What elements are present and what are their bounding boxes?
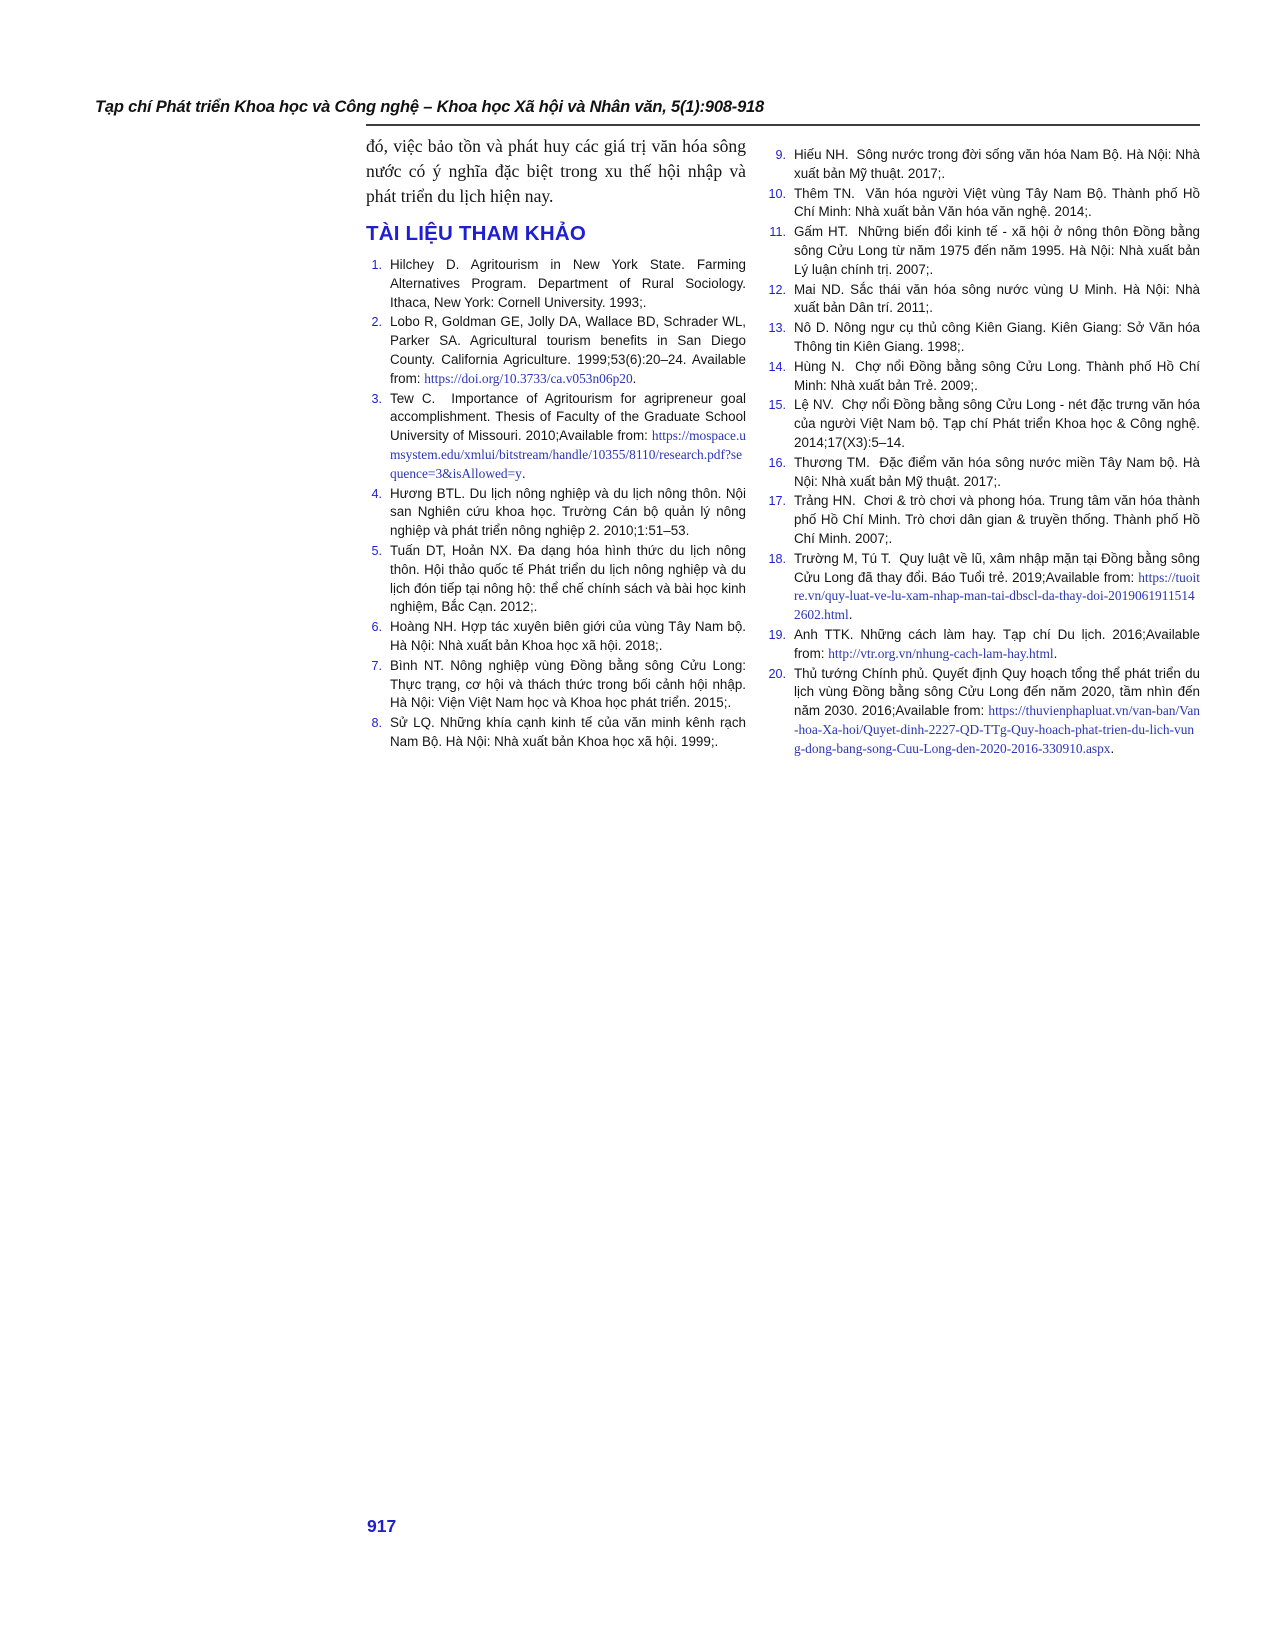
reference-number: 20. bbox=[762, 665, 786, 684]
references-heading: TÀI LIỆU THAM KHẢO bbox=[366, 222, 746, 246]
journal-header-line: Tạp chí Phát triển Khoa học và Công nghệ… bbox=[95, 98, 764, 117]
reference-item: 11.Gấm HT. Những biến đổi kinh tế - xã h… bbox=[762, 223, 1200, 279]
reference-text: Gấm HT. Những biến đổi kinh tế - xã hội … bbox=[794, 223, 1200, 279]
reference-text-segment: Trảng HN. Chơi & trò chơi và phong hóa. … bbox=[794, 493, 1200, 546]
references-column-right: 9.Hiếu NH. Sông nước trong đời sống văn … bbox=[762, 146, 1200, 759]
reference-number: 9. bbox=[762, 146, 786, 165]
reference-text: Hoàng NH. Hợp tác xuyên biên giới của vù… bbox=[390, 618, 746, 656]
right-column: 9.Hiếu NH. Sông nước trong đời sống văn … bbox=[762, 136, 1200, 760]
reference-text: Mai ND. Sắc thái văn hóa sông nước vùng … bbox=[794, 281, 1200, 319]
reference-text: Nô D. Nông ngư cụ thủ công Kiên Giang. K… bbox=[794, 319, 1200, 357]
reference-text: Thủ tướng Chính phủ. Quyết định Quy hoạc… bbox=[794, 665, 1200, 759]
reference-text: Hiếu NH. Sông nước trong đời sống văn hó… bbox=[794, 146, 1200, 184]
journal-page: Tạp chí Phát triển Khoa học và Công nghệ… bbox=[0, 0, 1276, 1649]
reference-number: 18. bbox=[762, 550, 786, 569]
page-number: 917 bbox=[367, 1516, 396, 1537]
reference-item: 13.Nô D. Nông ngư cụ thủ công Kiên Giang… bbox=[762, 319, 1200, 357]
reference-text: Trường M, Tú T. Quy luật về lũ, xâm nhập… bbox=[794, 550, 1200, 625]
reference-text-segment: Hương BTL. Du lịch nông nghiệp và du lịc… bbox=[390, 486, 746, 539]
reference-text-segment: Thương TM. Đặc điểm văn hóa sông nước mi… bbox=[794, 455, 1200, 489]
reference-text-segment: Sử LQ. Những khía cạnh kinh tế của văn m… bbox=[390, 715, 746, 749]
reference-link[interactable]: https://doi.org/10.3733/ca.v053n06p20 bbox=[424, 371, 632, 386]
reference-text: Sử LQ. Những khía cạnh kinh tế của văn m… bbox=[390, 714, 746, 752]
reference-item: 8.Sử LQ. Những khía cạnh kinh tế của văn… bbox=[366, 714, 746, 752]
reference-text: Thương TM. Đặc điểm văn hóa sông nước mi… bbox=[794, 454, 1200, 492]
reference-item: 16.Thương TM. Đặc điểm văn hóa sông nước… bbox=[762, 454, 1200, 492]
reference-text: Hùng N. Chợ nổi Đồng bằng sông Cửu Long.… bbox=[794, 358, 1200, 396]
reference-text-segment: Hilchey D. Agritourism in New York State… bbox=[390, 257, 746, 310]
reference-item: 15.Lệ NV. Chợ nổi Đồng bằng sông Cửu Lon… bbox=[762, 396, 1200, 452]
reference-number: 15. bbox=[762, 396, 786, 415]
reference-text-segment: Tuấn DT, Hoản NX. Đa dạng hóa hình thức … bbox=[390, 543, 746, 614]
reference-number: 14. bbox=[762, 358, 786, 377]
reference-text: Hilchey D. Agritourism in New York State… bbox=[390, 256, 746, 312]
reference-number: 1. bbox=[366, 256, 382, 275]
reference-text: Tew C. Importance of Agritourism for agr… bbox=[390, 390, 746, 484]
reference-text: Hương BTL. Du lịch nông nghiệp và du lịc… bbox=[390, 485, 746, 541]
reference-text: Lệ NV. Chợ nổi Đồng bằng sông Cửu Long -… bbox=[794, 396, 1200, 452]
reference-text: Tuấn DT, Hoản NX. Đa dạng hóa hình thức … bbox=[390, 542, 746, 617]
reference-number: 13. bbox=[762, 319, 786, 338]
reference-item: 10.Thêm TN. Văn hóa người Việt vùng Tây … bbox=[762, 185, 1200, 223]
header-rule bbox=[366, 124, 1200, 126]
reference-item: 6.Hoàng NH. Hợp tác xuyên biên giới của … bbox=[366, 618, 746, 656]
reference-number: 12. bbox=[762, 281, 786, 300]
reference-number: 6. bbox=[366, 618, 382, 637]
reference-text: Lobo R, Goldman GE, Jolly DA, Wallace BD… bbox=[390, 313, 746, 388]
reference-text: Trảng HN. Chơi & trò chơi và phong hóa. … bbox=[794, 492, 1200, 548]
reference-item: 19.Anh TTK. Những cách làm hay. Tạp chí … bbox=[762, 626, 1200, 664]
reference-item: 17.Trảng HN. Chơi & trò chơi và phong hó… bbox=[762, 492, 1200, 548]
reference-item: 3.Tew C. Importance of Agritourism for a… bbox=[366, 390, 746, 484]
reference-number: 8. bbox=[366, 714, 382, 733]
reference-item: 1.Hilchey D. Agritourism in New York Sta… bbox=[366, 256, 746, 312]
reference-text-segment: . bbox=[849, 607, 853, 622]
reference-number: 2. bbox=[366, 313, 382, 332]
reference-text-segment: Thêm TN. Văn hóa người Việt vùng Tây Nam… bbox=[794, 186, 1200, 220]
reference-text-segment: Hoàng NH. Hợp tác xuyên biên giới của vù… bbox=[390, 619, 746, 653]
reference-text-segment: Mai ND. Sắc thái văn hóa sông nước vùng … bbox=[794, 282, 1200, 316]
reference-text-segment: . bbox=[1110, 741, 1114, 756]
reference-item: 7.Bình NT. Nông nghiệp vùng Đồng bằng sô… bbox=[366, 657, 746, 713]
reference-number: 17. bbox=[762, 492, 786, 511]
reference-item: 14.Hùng N. Chợ nổi Đồng bằng sông Cửu Lo… bbox=[762, 358, 1200, 396]
reference-item: 2.Lobo R, Goldman GE, Jolly DA, Wallace … bbox=[366, 313, 746, 388]
reference-item: 12.Mai ND. Sắc thái văn hóa sông nước vù… bbox=[762, 281, 1200, 319]
reference-number: 4. bbox=[366, 485, 382, 504]
reference-number: 5. bbox=[366, 542, 382, 561]
reference-text-segment: Nô D. Nông ngư cụ thủ công Kiên Giang. K… bbox=[794, 320, 1200, 354]
reference-number: 11. bbox=[762, 223, 786, 242]
reference-text-segment: . bbox=[633, 371, 637, 386]
left-column: đó, việc bảo tồn và phát huy các giá trị… bbox=[366, 134, 746, 753]
reference-number: 19. bbox=[762, 626, 786, 645]
reference-number: 7. bbox=[366, 657, 382, 676]
reference-item: 18.Trường M, Tú T. Quy luật về lũ, xâm n… bbox=[762, 550, 1200, 625]
reference-item: 4.Hương BTL. Du lịch nông nghiệp và du l… bbox=[366, 485, 746, 541]
reference-text-segment: Bình NT. Nông nghiệp vùng Đồng bằng sông… bbox=[390, 658, 746, 711]
reference-text-segment: . bbox=[1054, 646, 1058, 661]
reference-number: 3. bbox=[366, 390, 382, 409]
reference-number: 16. bbox=[762, 454, 786, 473]
reference-text-segment: . bbox=[522, 466, 526, 481]
reference-text-segment: Hiếu NH. Sông nước trong đời sống văn hó… bbox=[794, 147, 1200, 181]
reference-text-segment: Hùng N. Chợ nổi Đồng bằng sông Cửu Long.… bbox=[794, 359, 1200, 393]
references-column-left: 1.Hilchey D. Agritourism in New York Sta… bbox=[366, 256, 746, 752]
reference-text-segment: Gấm HT. Những biến đổi kinh tế - xã hội … bbox=[794, 224, 1200, 277]
reference-number: 10. bbox=[762, 185, 786, 204]
closing-paragraph: đó, việc bảo tồn và phát huy các giá trị… bbox=[366, 134, 746, 209]
reference-item: 5.Tuấn DT, Hoản NX. Đa dạng hóa hình thứ… bbox=[366, 542, 746, 617]
reference-item: 20.Thủ tướng Chính phủ. Quyết định Quy h… bbox=[762, 665, 1200, 759]
reference-text: Anh TTK. Những cách làm hay. Tạp chí Du … bbox=[794, 626, 1200, 664]
reference-text: Bình NT. Nông nghiệp vùng Đồng bằng sông… bbox=[390, 657, 746, 713]
reference-text-segment: Lệ NV. Chợ nổi Đồng bằng sông Cửu Long -… bbox=[794, 397, 1200, 450]
reference-link[interactable]: http://vtr.org.vn/nhung-cach-lam-hay.htm… bbox=[828, 646, 1053, 661]
reference-text: Thêm TN. Văn hóa người Việt vùng Tây Nam… bbox=[794, 185, 1200, 223]
reference-item: 9.Hiếu NH. Sông nước trong đời sống văn … bbox=[762, 146, 1200, 184]
